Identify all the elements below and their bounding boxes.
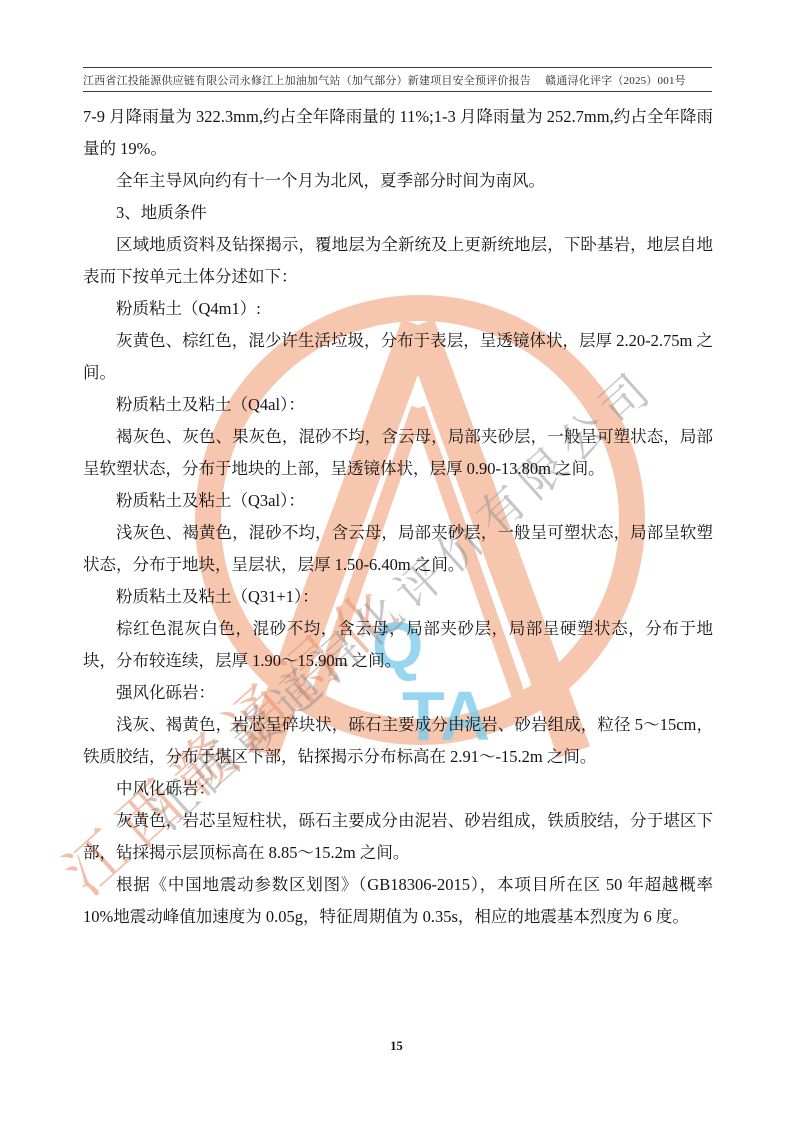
page-header: 江西省江投能源供应链有限公司永修江上加油加气站（加气部分）新建项目安全预评价报告…: [83, 67, 712, 92]
body-paragraph: 粉质粘土及粘土（Q4al）：: [83, 389, 713, 421]
page-number: 15: [0, 1039, 793, 1054]
body-paragraph: 褐灰色、灰色、果灰色，混砂不均，含云母，局部夹砂层，一般呈可塑状态，局部呈软塑状…: [83, 421, 713, 485]
body-paragraph: 中风化砾岩：: [83, 773, 713, 805]
body-paragraph: 灰黄色，岩芯呈短柱状，砾石主要成分由泥岩、砂岩组成，铁质胶结，分于堪区下部，钻採…: [83, 805, 713, 869]
body-paragraph: 粉质粘土及粘土（Q3al）：: [83, 485, 713, 517]
body-paragraph: 7-9 月降雨量为 322.3mm,约占全年降雨量的 11%;1-3 月降雨量为…: [83, 101, 713, 165]
body-paragraph: 3、地质条件: [83, 197, 713, 229]
body-paragraph: 浅灰色、褐黄色，混砂不均，含云母，局部夹砂层，一般呈可塑状态，局部呈软塑状态，分…: [83, 517, 713, 581]
body-paragraph: 粉质粘土（Q4m1）:: [83, 293, 713, 325]
body-paragraph: 根据《中国地震动参数区划图》（GB18306-2015），本项目所在区 50 年…: [83, 869, 713, 933]
body-paragraph: 粉质粘土及粘土（Q31+1）：: [83, 581, 713, 613]
body-paragraph: 浅灰、褐黄色，岩芯呈碎块状，砾石主要成分由泥岩、砂岩组成，粒径 5～15cm，铁…: [83, 709, 713, 773]
body-paragraph: 强风化砾岩：: [83, 677, 713, 709]
body-paragraph: 区域地质资料及钻探揭示，覆地层为全新统及上更新统地层，下卧基岩，地层自地表而下按…: [83, 229, 713, 293]
document-body: 7-9 月降雨量为 322.3mm,约占全年降雨量的 11%;1-3 月降雨量为…: [83, 101, 713, 933]
body-paragraph: 棕红色混灰白色，混砂不均，含云母，局部夹砂层，局部呈硬塑状态，分布于地块，分布较…: [83, 613, 713, 677]
document-page: 江西赣通浔化 Q TA 江西赣通浔化评价有限公司 江西省江投能源供应链有限公司永…: [0, 0, 793, 1122]
body-paragraph: 全年主导风向约有十一个月为北风，夏季部分时间为南风。: [83, 165, 713, 197]
body-paragraph: 灰黄色、棕红色，混少许生活垃圾，分布于表层，呈透镜体状，层厚 2.20-2.75…: [83, 325, 713, 389]
